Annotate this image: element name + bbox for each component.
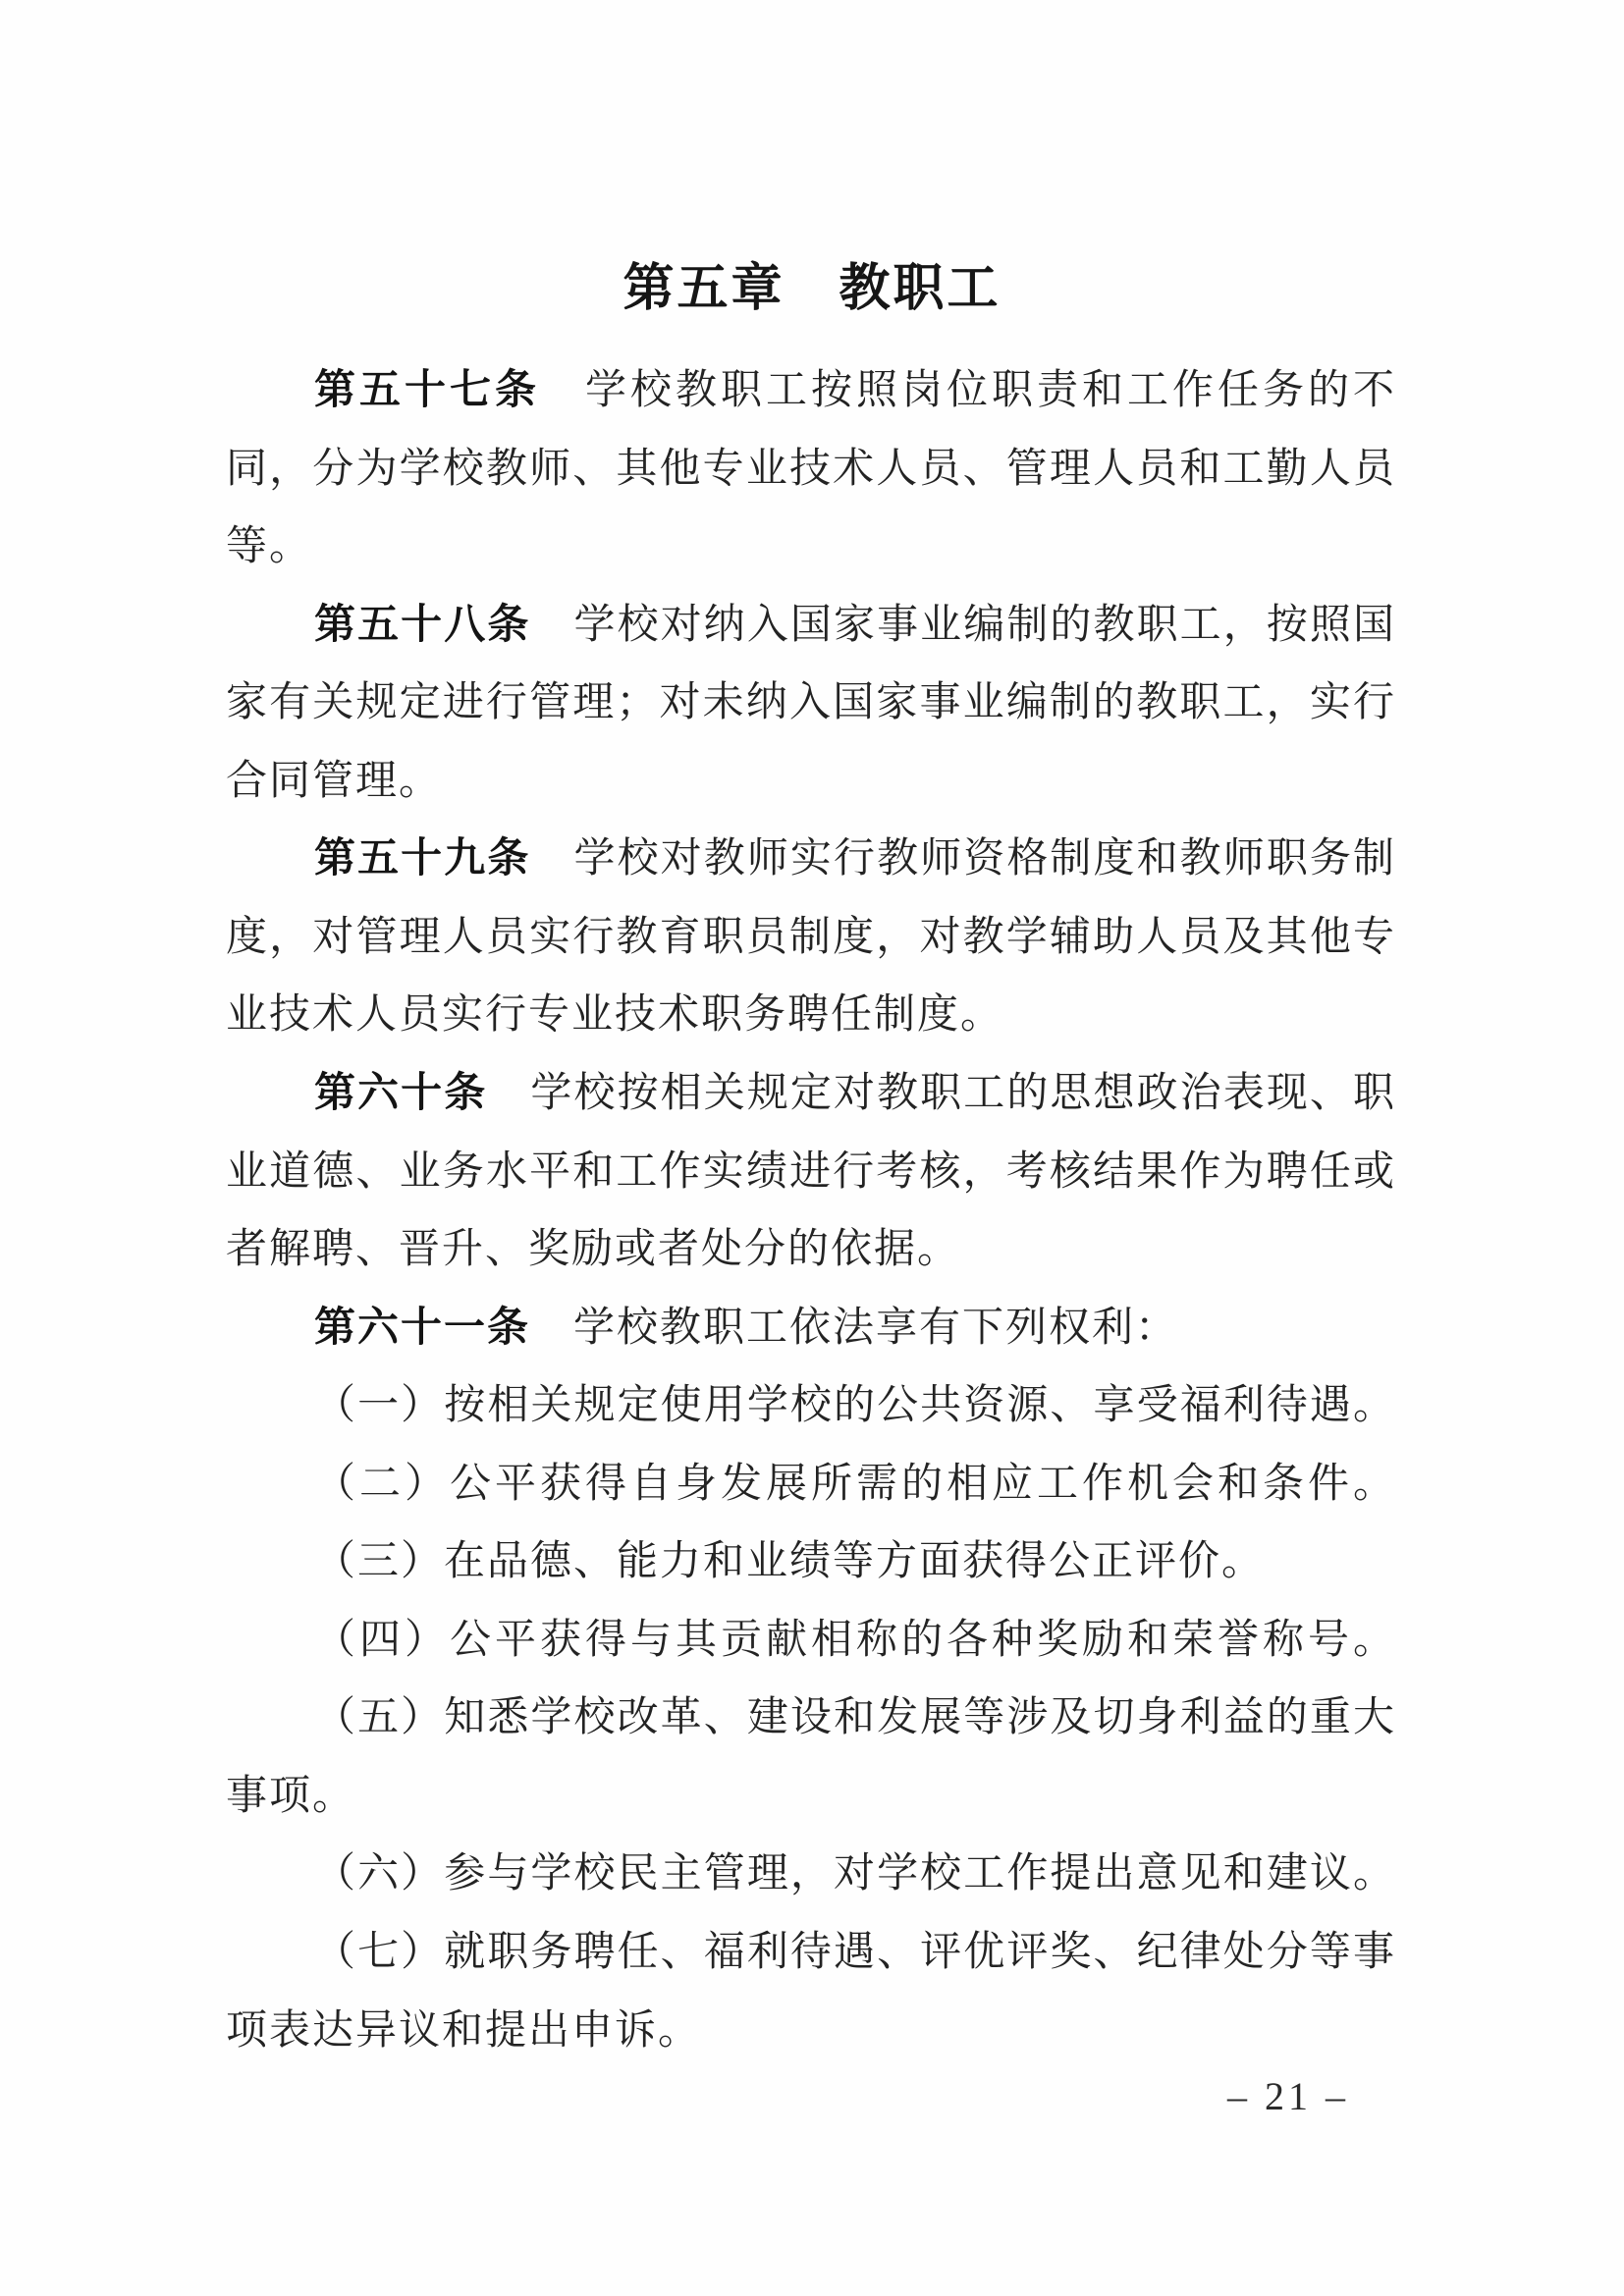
- text-line: 家有关规定进行管理；对未纳入国家事业编制的教职工，实行: [226, 664, 1396, 742]
- article-number: 第六十一条: [314, 1306, 530, 1351]
- article-number: 第五十八条: [314, 603, 530, 648]
- text-line: 第五十八条 学校对纳入国家事业编制的教职工，按照国: [226, 586, 1396, 665]
- document-page: 第五章 教职工 第五十七条 学校教职工按照岗位职责和工作任务的不同，分为学校教师…: [0, 0, 1624, 2296]
- text-body: 第五十七条 学校教职工按照岗位职责和工作任务的不同，分为学校教师、其他专业技术人…: [0, 0, 1624, 2296]
- text-line: （一）按相关规定使用学校的公共资源、享受福利待遇。: [226, 1366, 1396, 1445]
- text-line: 合同管理。: [226, 742, 1396, 821]
- text-line: （六）参与学校民主管理，对学校工作提出意见和建议。: [226, 1835, 1396, 1913]
- text-line: 第六十一条 学校教职工依法享有下列权利：: [226, 1289, 1396, 1367]
- text-line: 项表达异议和提出申诉。: [226, 1992, 1396, 2070]
- text-line: 度，对管理人员实行教育职员制度，对教学辅助人员及其他专: [226, 898, 1396, 977]
- page-number: – 21 –: [0, 2069, 1349, 2124]
- text-line: 同，分为学校教师、其他专业技术人员、管理人员和工勤人员: [226, 430, 1396, 508]
- text-line: 事项。: [226, 1757, 1396, 1836]
- text-line: （四）公平获得与其贡献相称的各种奖励和荣誉称号。: [226, 1601, 1396, 1680]
- text-line: （七）就职务聘任、福利待遇、评优评奖、纪律处分等事: [226, 1913, 1396, 1992]
- text-line: 业技术人员实行专业技术职务聘任制度。: [226, 976, 1396, 1054]
- text-line: 第五十七条 学校教职工按照岗位职责和工作任务的不: [226, 351, 1396, 430]
- text-line: 第六十条 学校按相关规定对教职工的思想政治表现、职: [226, 1054, 1396, 1133]
- text-line: （三）在品德、能力和业绩等方面获得公正评价。: [226, 1522, 1396, 1601]
- text-line: 第五十九条 学校对教师实行教师资格制度和教师职务制: [226, 820, 1396, 898]
- article-number: 第六十条: [314, 1071, 487, 1116]
- text-line: （五）知悉学校改革、建设和发展等涉及切身利益的重大: [226, 1679, 1396, 1757]
- text-line: 业道德、业务水平和工作实绩进行考核，考核结果作为聘任或: [226, 1133, 1396, 1211]
- text-line: 者解聘、晋升、奖励或者处分的依据。: [226, 1210, 1396, 1289]
- article-number: 第五十七条: [314, 368, 540, 413]
- text-line: 等。: [226, 507, 1396, 586]
- text-line: （二）公平获得自身发展所需的相应工作机会和条件。: [226, 1445, 1396, 1523]
- article-number: 第五十九条: [314, 836, 530, 881]
